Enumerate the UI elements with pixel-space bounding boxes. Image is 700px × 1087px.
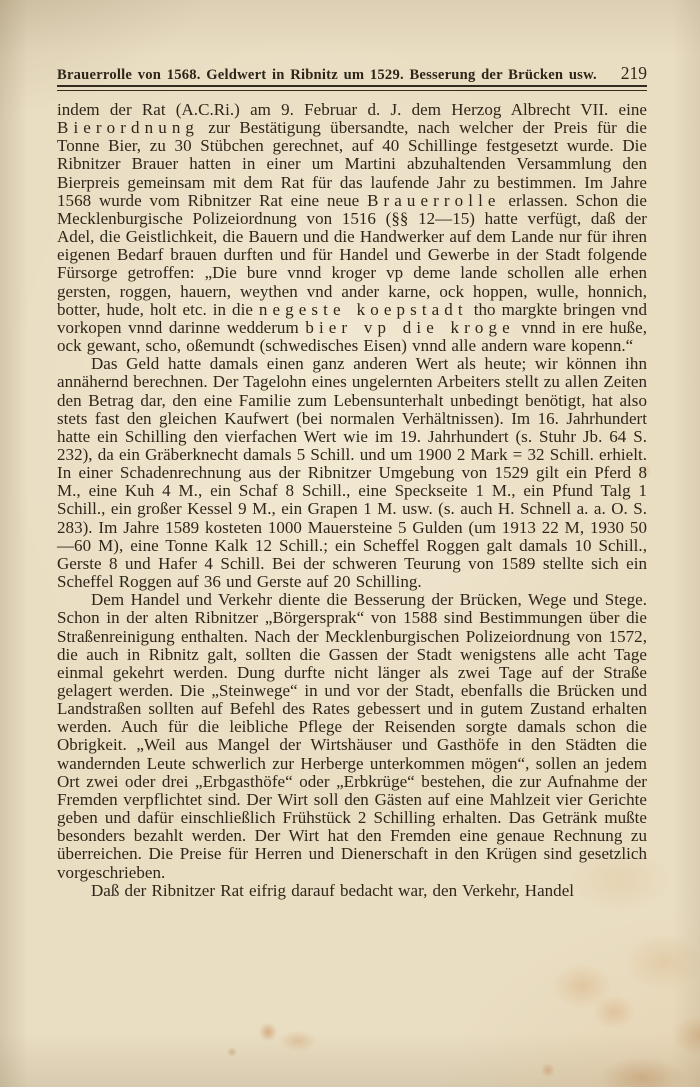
text-segment: Daß der Ribnitzer Rat eifrig darauf beda…	[91, 881, 574, 900]
paragraph-1: indem der Rat (A.C.Ri.) am 9. Februar d.…	[57, 101, 647, 355]
header-double-rule	[57, 85, 647, 91]
book-page-scan: Brauerrolle von 1568. Geldwert in Ribnit…	[0, 0, 700, 1087]
page-number: 219	[607, 63, 647, 84]
paragraph-4: Daß der Ribnitzer Rat eifrig darauf beda…	[57, 882, 647, 900]
paragraph-2: Das Geld hatte damals einen ganz anderen…	[57, 355, 647, 591]
text-segment: indem der Rat (A.C.Ri.) am 9. Februar d.…	[57, 100, 647, 119]
text-segment: Das Geld hatte damals einen ganz anderen…	[57, 354, 647, 591]
running-header-title: Brauerrolle von 1568. Geldwert in Ribnit…	[57, 67, 597, 84]
running-header: Brauerrolle von 1568. Geldwert in Ribnit…	[57, 63, 647, 84]
text-segment: Dem Handel und Verkehr diente die Besser…	[57, 590, 647, 881]
page-body: indem der Rat (A.C.Ri.) am 9. Februar d.…	[57, 101, 647, 900]
paragraph-3: Dem Handel und Verkehr diente die Besser…	[57, 591, 647, 882]
spaced-emphasis: bier vp die kroge	[305, 318, 514, 337]
spaced-emphasis: Brauerrolle	[367, 191, 501, 210]
spaced-emphasis: negeste koepstadt	[259, 300, 468, 319]
spaced-emphasis: Bierordnung	[57, 118, 199, 137]
